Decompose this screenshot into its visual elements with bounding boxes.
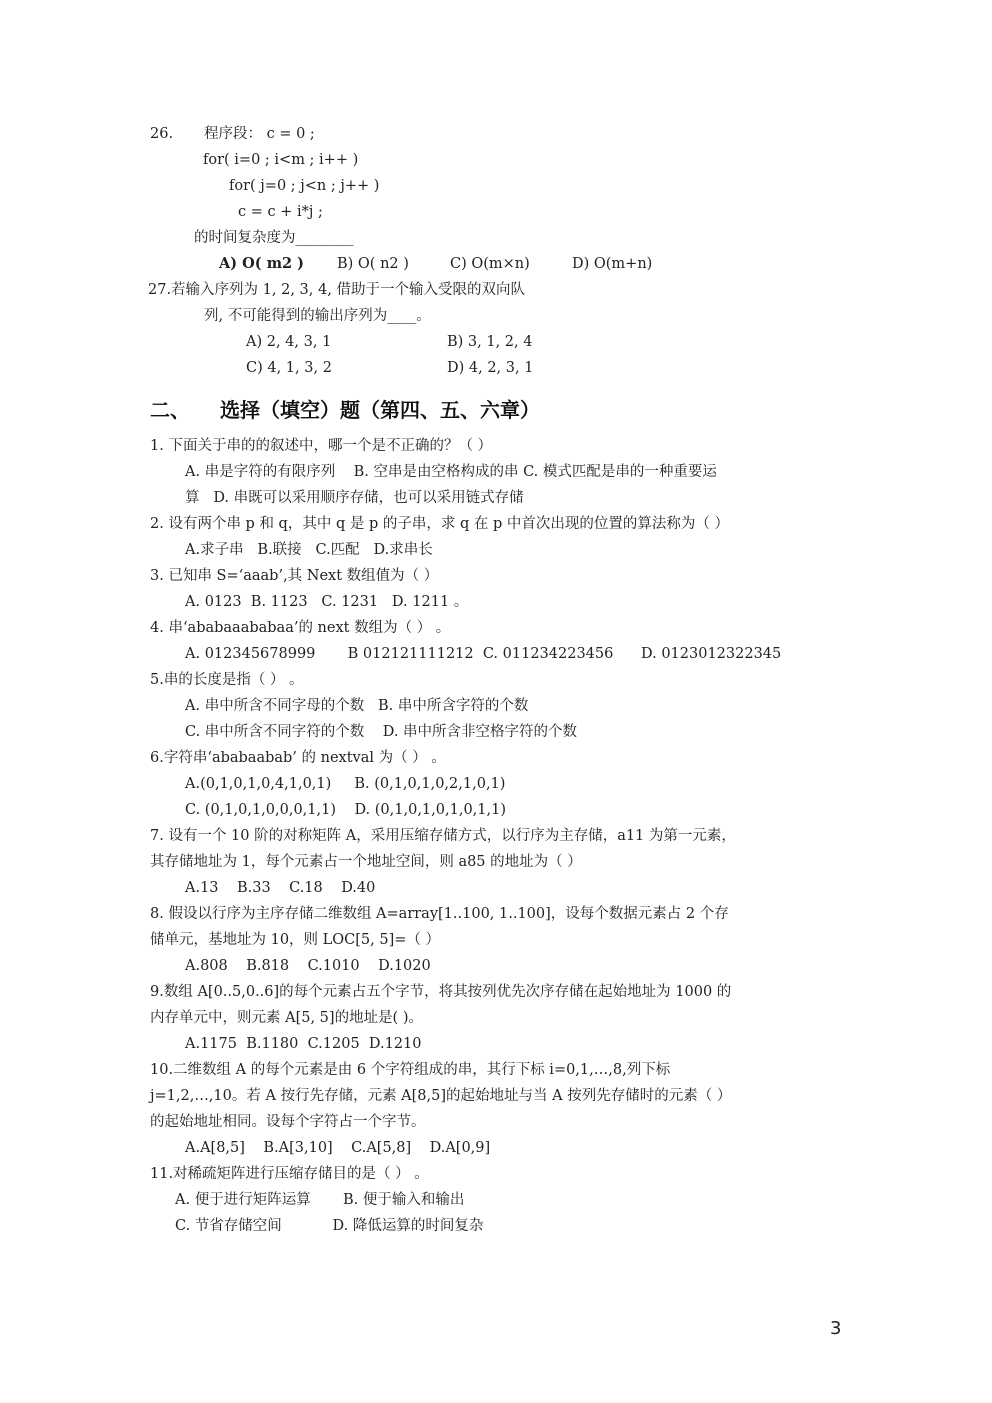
question-text: 10.二维数组 A 的每个元素是由 6 个字符组成的串，其行下标 i=0,1,……	[150, 1060, 670, 1080]
options-text: C. 串中所含不同字符的个数 D. 串中所含非空格字符的个数	[185, 722, 577, 742]
options-row: A) 2, 4, 3, 1 B) 3, 1, 2, 4	[0, 332, 992, 352]
option-a: A) O( m2 )	[219, 254, 304, 274]
question-text: 的起始地址相同。设每个字符占一个字节。	[150, 1112, 426, 1132]
options-text: A. 便于进行矩阵运算 B. 便于输入和输出	[175, 1190, 464, 1210]
option-b: B) O( n2 )	[337, 254, 409, 274]
question-text: 5.串的长度是指（ ） 。	[150, 670, 304, 690]
question-text: 9.数组 A[0..5,0..6]的每个元素占五个字节，将其按列优先次序存储在起…	[150, 982, 731, 1002]
code-line: c = c + i*j ;	[238, 202, 323, 222]
question-text: 11.对稀疏矩阵进行压缩存储目的是（ ） 。	[150, 1164, 429, 1184]
options-text: A.808 B.818 C.1010 D.1020	[185, 956, 431, 976]
question-text: 3. 已知串 S=‘aaab’,其 Next 数组值为（ ）	[150, 566, 438, 586]
options-text: A.A[8,5] B.A[3,10] C.A[5,8] D.A[0,9]	[185, 1138, 490, 1158]
section-heading: 二、选择（填空）题（第四、五、六章）	[150, 394, 540, 423]
code-line: for( i=0 ; i<m ; i++ )	[203, 150, 358, 170]
question-text: 内存单元中，则元素 A[5, 5]的地址是( )。	[150, 1008, 423, 1028]
options-text: A.1175 B.1180 C.1205 D.1210	[185, 1034, 422, 1054]
option-c: C) 4, 1, 3, 2	[246, 358, 332, 378]
options-text: C. (0,1,0,1,0,0,0,1,1) D. (0,1,0,1,0,1,0…	[185, 800, 506, 820]
options-text: A. 串是字符的有限序列 B. 空串是由空格构成的串 C. 模式匹配是串的一种重…	[185, 462, 717, 482]
question-text: 2. 设有两个串 p 和 q，其中 q 是 p 的子串，求 q 在 p 中首次出…	[150, 514, 729, 534]
code-line: 程序段： c = 0 ;	[204, 124, 315, 144]
question-text: 1. 下面关于串的的叙述中，哪一个是不正确的？（ ）	[150, 436, 492, 456]
options-text: A. 012345678999 B 012121111212 C. 011234…	[185, 644, 781, 664]
section-title: 选择（填空）题（第四、五、六章）	[220, 398, 540, 422]
question-text: 储单元，基地址为 10，则 LOC[5, 5]=（ ）	[150, 930, 440, 950]
question-text: 7. 设有一个 10 阶的对称矩阵 A，采用压缩存储方式，以行序为主存储，a11…	[150, 826, 736, 846]
question-text: 6.字符串‘ababaabab’ 的 nextval 为（ ） 。	[150, 748, 446, 768]
question-text: j=1,2,…,10。若 A 按行先存储，元素 A[8,5]的起始地址与当 A …	[150, 1086, 731, 1106]
option-a: A) 2, 4, 3, 1	[246, 332, 331, 352]
options-text: C. 节省存储空间 D. 降低运算的时间复杂	[175, 1216, 483, 1236]
options-text: A.(0,1,0,1,0,4,1,0,1) B. (0,1,0,1,0,2,1,…	[185, 774, 505, 794]
options-text: A.求子串 B.联接 C.匹配 D.求串长	[185, 540, 433, 560]
code-line: for( j=0 ; j<n ; j++ )	[229, 176, 379, 196]
question-text: 的时间复杂度为________	[194, 228, 354, 248]
page-number: 3	[830, 1318, 841, 1339]
options-text: A. 串中所含不同字母的个数 B. 串中所含字符的个数	[185, 696, 528, 716]
question-text: 27.若输入序列为 1, 2, 3, 4, 借助于一个输入受限的双向队	[148, 280, 525, 300]
options-row: C) 4, 1, 3, 2 D) 4, 2, 3, 1	[0, 358, 992, 378]
option-b: B) 3, 1, 2, 4	[447, 332, 532, 352]
options-text: A.13 B.33 C.18 D.40	[185, 878, 375, 898]
question-text: 8. 假设以行序为主序存储二维数组 A=array[1..100, 1..100…	[150, 904, 729, 924]
question-text: 其存储地址为 1，每个元素占一个地址空间，则 a85 的地址为（ ）	[150, 852, 582, 872]
options-row: A) O( m2 ) B) O( n2 ) C) O(m×n) D) O(m+n…	[0, 254, 992, 274]
option-d: D) 4, 2, 3, 1	[447, 358, 533, 378]
options-text: 算 D. 串既可以采用顺序存储，也可以采用链式存储	[185, 488, 524, 508]
option-d: D) O(m+n)	[572, 254, 652, 274]
question-number: 26.	[150, 124, 173, 144]
option-c: C) O(m×n)	[450, 254, 530, 274]
section-number: 二、	[150, 394, 220, 423]
options-text: A. 0123 B. 1123 C. 1231 D. 1211 。	[185, 592, 468, 612]
question-text: 列, 不可能得到的输出序列为____。	[204, 306, 431, 326]
question-text: 4. 串‘ababaaababaa’的 next 数组为（ ） 。	[150, 618, 450, 638]
